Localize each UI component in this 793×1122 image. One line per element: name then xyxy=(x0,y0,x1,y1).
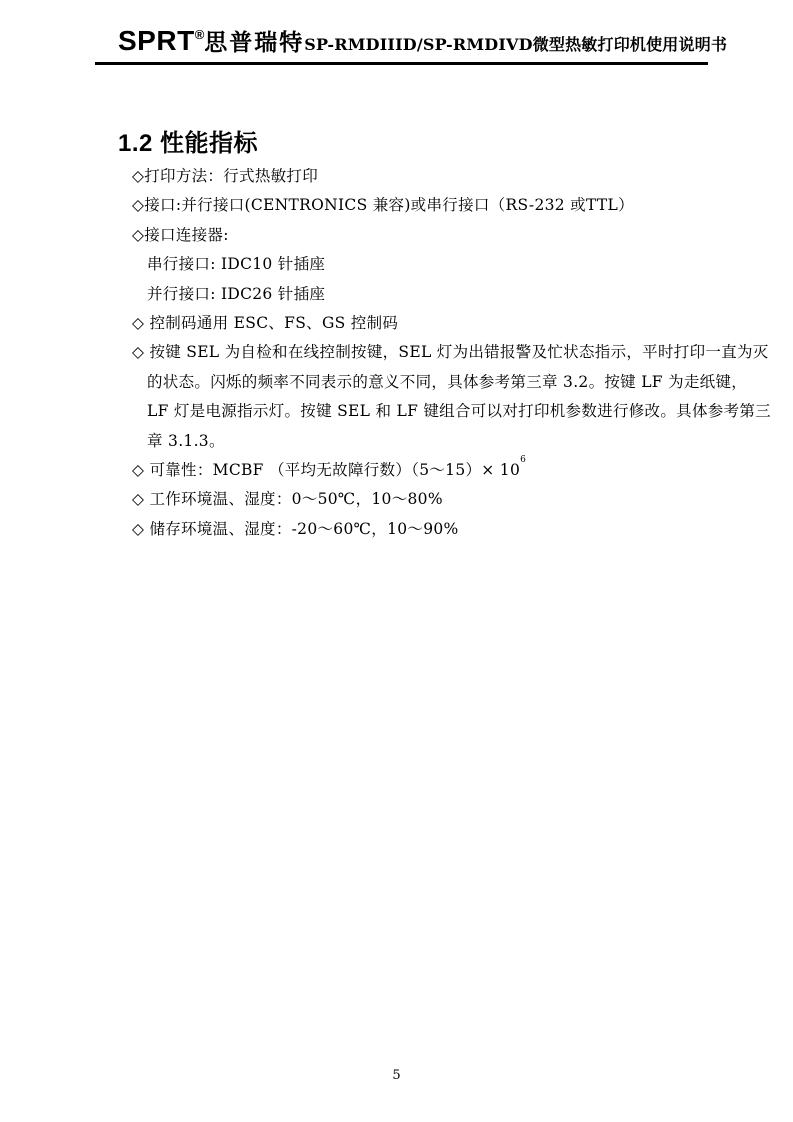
spec-list: ◇打印方法：行式热敏打印 ◇接口:并行接口(CENTRONICS 兼容)或串行接… xyxy=(0,162,793,544)
spec-line-keys-2: 的状态。闪烁的频率不同表示的意义不同，具体参考第三章 3.2。按键 LF 为走纸… xyxy=(0,368,793,397)
page-header: SPRT ® 思普瑞特 SP-RMDIIID/SP-RMDIVD微型热敏打印机使… xyxy=(95,24,708,65)
document-title: SP-RMDIIID/SP-RMDIVD微型热敏打印机使用说明书 xyxy=(304,32,773,55)
spec-line-keys-4: 章 3.1.3。 xyxy=(0,427,793,456)
spec-line-connector: ◇接口连接器: xyxy=(0,221,793,250)
spec-line-parallel-connector: 并行接口: IDC26 针插座 xyxy=(0,280,793,309)
spec-line-keys-1: ◇ 按键 SEL 为自检和在线控制按键，SEL 灯为出错报警及忙状态指示，平时打… xyxy=(0,338,793,367)
registered-trademark-icon: ® xyxy=(195,27,205,42)
brand-name: SPRT xyxy=(118,25,195,57)
spec-line-operating-env: ◇ 工作环境温、湿度：0～50℃，10～80% xyxy=(0,485,793,514)
spec-line-serial-connector: 串行接口: IDC10 针插座 xyxy=(0,250,793,279)
reliability-text: ◇ 可靠性：MCBF （平均无故障行数）（5～15）× 10 xyxy=(132,461,520,479)
page-number: 5 xyxy=(0,1068,793,1083)
brand-name-chinese: 思普瑞特 xyxy=(204,24,304,57)
spec-line-storage-env: ◇ 储存环境温、湿度：-20～60℃，10～90% xyxy=(0,515,793,544)
spec-line-control-codes: ◇ 控制码通用 ESC、FS、GS 控制码 xyxy=(0,309,793,338)
reliability-exponent: 6 xyxy=(520,455,526,465)
spec-line-interface: ◇接口:并行接口(CENTRONICS 兼容)或串行接口（RS-232 或TTL… xyxy=(0,191,793,220)
spec-line-reliability: ◇ 可靠性：MCBF （平均无故障行数）（5～15）× 106 xyxy=(0,456,793,485)
spec-line-print-method: ◇打印方法：行式热敏打印 xyxy=(0,162,793,191)
brand-logo: SPRT ® 思普瑞特 xyxy=(118,24,304,57)
section-heading: 1.2 性能指标 xyxy=(118,123,258,158)
manual-page: SPRT ® 思普瑞特 SP-RMDIIID/SP-RMDIVD微型热敏打印机使… xyxy=(0,0,793,1122)
spec-line-keys-3: LF 灯是电源指示灯。按键 SEL 和 LF 键组合可以对打印机参数进行修改。具… xyxy=(0,397,793,426)
